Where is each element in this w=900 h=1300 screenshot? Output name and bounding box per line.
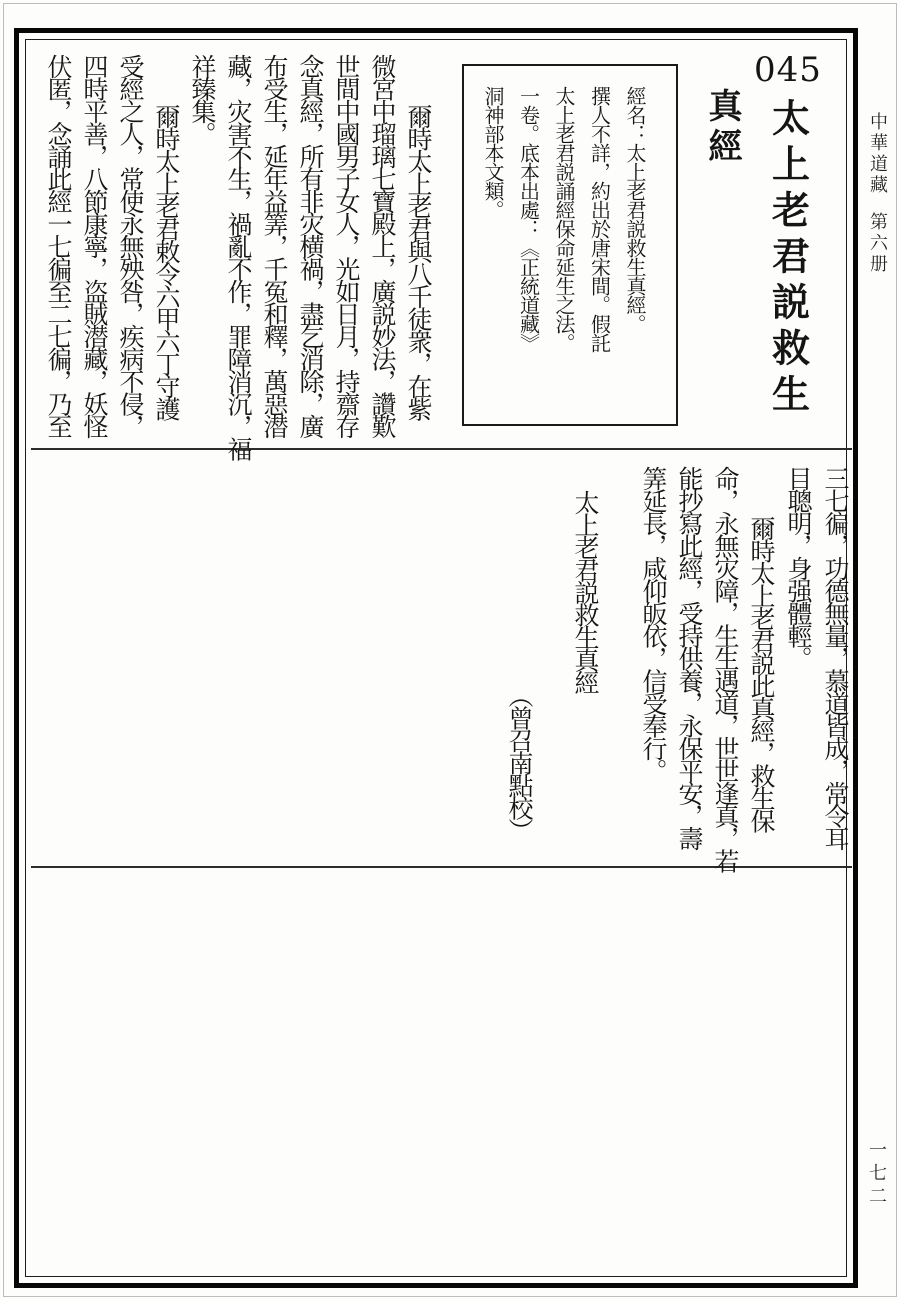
register-divider-top — [31, 448, 852, 450]
text-column: 受經之人，常使永無殃咎，疾病不侵， — [115, 54, 145, 437]
colophon-column: 一卷。底本出處：《正統道藏》 — [516, 86, 542, 414]
text-column: 四時平善，八節康寧，盗賊潜藏，妖怪 — [79, 54, 109, 437]
text-column: 三七徧，功德無量，慕道皆成，常令耳 — [820, 466, 850, 849]
colophon-column: 洞神部本文類。 — [480, 86, 506, 414]
text-column: 伏匿，念誦此經一七徧至二七徧，乃至 — [43, 54, 73, 437]
text-column: 藏，灾害不生，禍亂不作，罪障消沉，福 — [223, 54, 253, 459]
collection-name: 中華道藏 — [867, 112, 888, 196]
text-column: 能抄寫此經，受持供養，永保平安，壽 — [674, 466, 704, 849]
editor-note: （曾召南點校） — [504, 466, 534, 841]
text-column: 筭延長，咸仰皈依，信受奉行。 — [638, 466, 668, 781]
text-column: 微宮中瑠璃七寶殿上，廣説妙法，讚歎 — [367, 54, 397, 437]
collection-volume-label: 中華道藏第六册 — [864, 112, 890, 275]
main-title: 太上老君説救生 — [761, 98, 816, 420]
colophon-column: 太上老君説誦經保命延生之法。 — [551, 86, 577, 414]
serial-number: 045 — [754, 50, 822, 90]
text-column: 念真經，所有非灾横禍，盡乞消除，廣 — [295, 54, 325, 437]
text-column: 爾時太上老君與八千徒衆，在紫 — [403, 54, 433, 419]
text-column: 爾時太上老君敕令六甲六丁守護 — [151, 54, 181, 419]
page-number: 一七二 — [863, 1140, 889, 1209]
text-column: 祥臻集。 — [187, 54, 217, 144]
text-column: 布受生，延年益筭，千冤和釋，萬惡潜 — [259, 54, 289, 437]
text-column: 世間中國男子女人，光如日月，持齋存 — [331, 54, 361, 437]
volume-name: 第六册 — [867, 212, 888, 275]
text-column: 命，永無灾障，生生遇道，世世逢真，若 — [710, 466, 740, 871]
text-column: 爾時太上老君説此真經，救生保 — [746, 466, 776, 831]
colophon-column: 撰人不詳，約出於唐宋間。假託 — [587, 86, 613, 414]
text-column: 目聰明，身强體輕。 — [783, 466, 813, 669]
colophon-column: 經名：太上老君説救生真經。 — [622, 86, 648, 414]
colophon-box: 經名：太上老君説救生真經。 撰人不詳，約出於唐宋間。假託 太上老君説誦經保命延生… — [462, 64, 678, 426]
main-title-continued: 真經 — [698, 88, 747, 168]
main-title-column: 045 太上老君説救生 — [757, 50, 819, 420]
scanned-book-page: 中華道藏第六册 一七二 045 太上老君説救生 真經 經名：太上老君説救生真經。… — [0, 0, 900, 1300]
closing-title: 太上老君説救生真經 — [570, 466, 600, 693]
